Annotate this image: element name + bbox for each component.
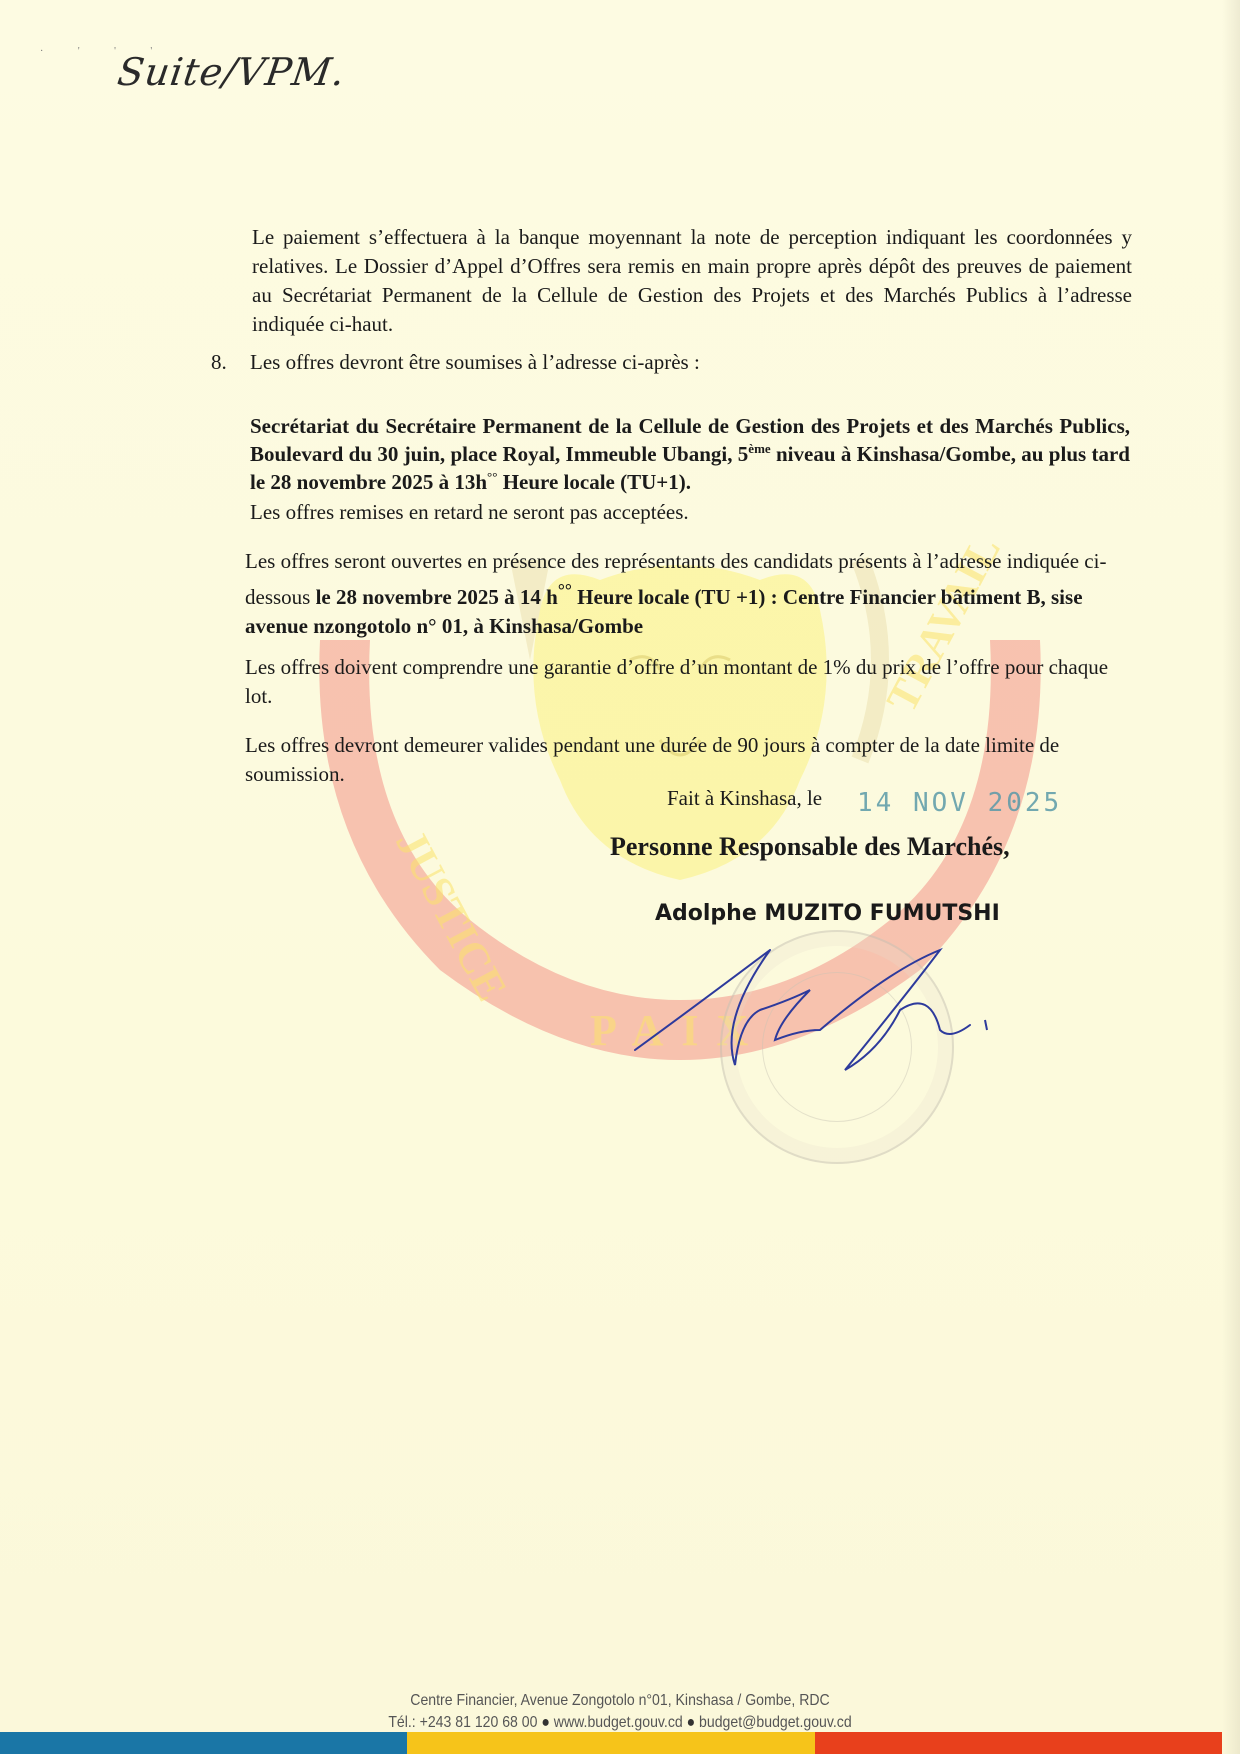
submission-address: Secrétariat du Secrétaire Permanent de l… <box>250 412 1130 496</box>
address-sup-2: °° <box>487 469 497 484</box>
footer-address: Centre Financier, Avenue Zongotolo n°01,… <box>74 1692 1165 1710</box>
place-date-label: Fait à Kinshasa, le <box>667 786 822 811</box>
validity-paragraph: Les offres devront demeurer valides pend… <box>245 731 1125 789</box>
handwritten-signature <box>630 930 1010 1080</box>
signer-role: Personne Responsable des Marchés, <box>610 832 1010 862</box>
flag-red-segment <box>815 1732 1222 1754</box>
separator-dot: ● <box>541 1714 550 1731</box>
opening-sup: °° <box>558 580 572 600</box>
footer-contact: Tél.: +243 81 120 68 00 ● www.budget.gou… <box>74 1714 1165 1732</box>
footer-phone: Tél.: +243 81 120 68 00 <box>388 1714 537 1731</box>
footer-email[interactable]: budget@budget.gouv.cd <box>699 1714 852 1731</box>
flag-yellow-segment <box>407 1732 814 1754</box>
header-note: Suite/VPM. <box>115 50 348 94</box>
footer-flag-bar <box>0 1732 1222 1754</box>
separator-dot: ● <box>687 1714 696 1731</box>
address-text-3: Heure locale (TU+1). <box>497 470 691 494</box>
address-sup: ème <box>748 441 770 456</box>
opening-date: le 28 novembre 2025 à 14 h <box>316 585 558 609</box>
flag-blue-segment <box>0 1732 407 1754</box>
late-notice: Les offres remises en retard ne seront p… <box>250 498 1130 527</box>
guarantee-paragraph: Les offres doivent comprendre une garant… <box>245 653 1125 711</box>
watermark-ribbon-justice: JUSTICE <box>386 822 517 1009</box>
paragraph-payment: Le paiement s’effectuera à la banque moy… <box>252 223 1132 339</box>
signer-name: Adolphe MUZITO FUMUTSHI <box>655 901 1000 926</box>
document-page: JUSTICE PAIX TRAVAIL · ' ' ' Suite/VPM. … <box>0 0 1240 1754</box>
item-number: 8. <box>211 350 227 375</box>
item-lead-text: Les offres devront être soumises à l’adr… <box>250 350 700 375</box>
date-stamp: 14 NOV 2025 <box>857 788 1062 818</box>
opening-paragraph: Les offres seront ouvertes en présence d… <box>245 547 1125 641</box>
page-edge-shadow <box>1222 0 1240 1754</box>
footer-website[interactable]: www.budget.gouv.cd <box>554 1714 683 1731</box>
